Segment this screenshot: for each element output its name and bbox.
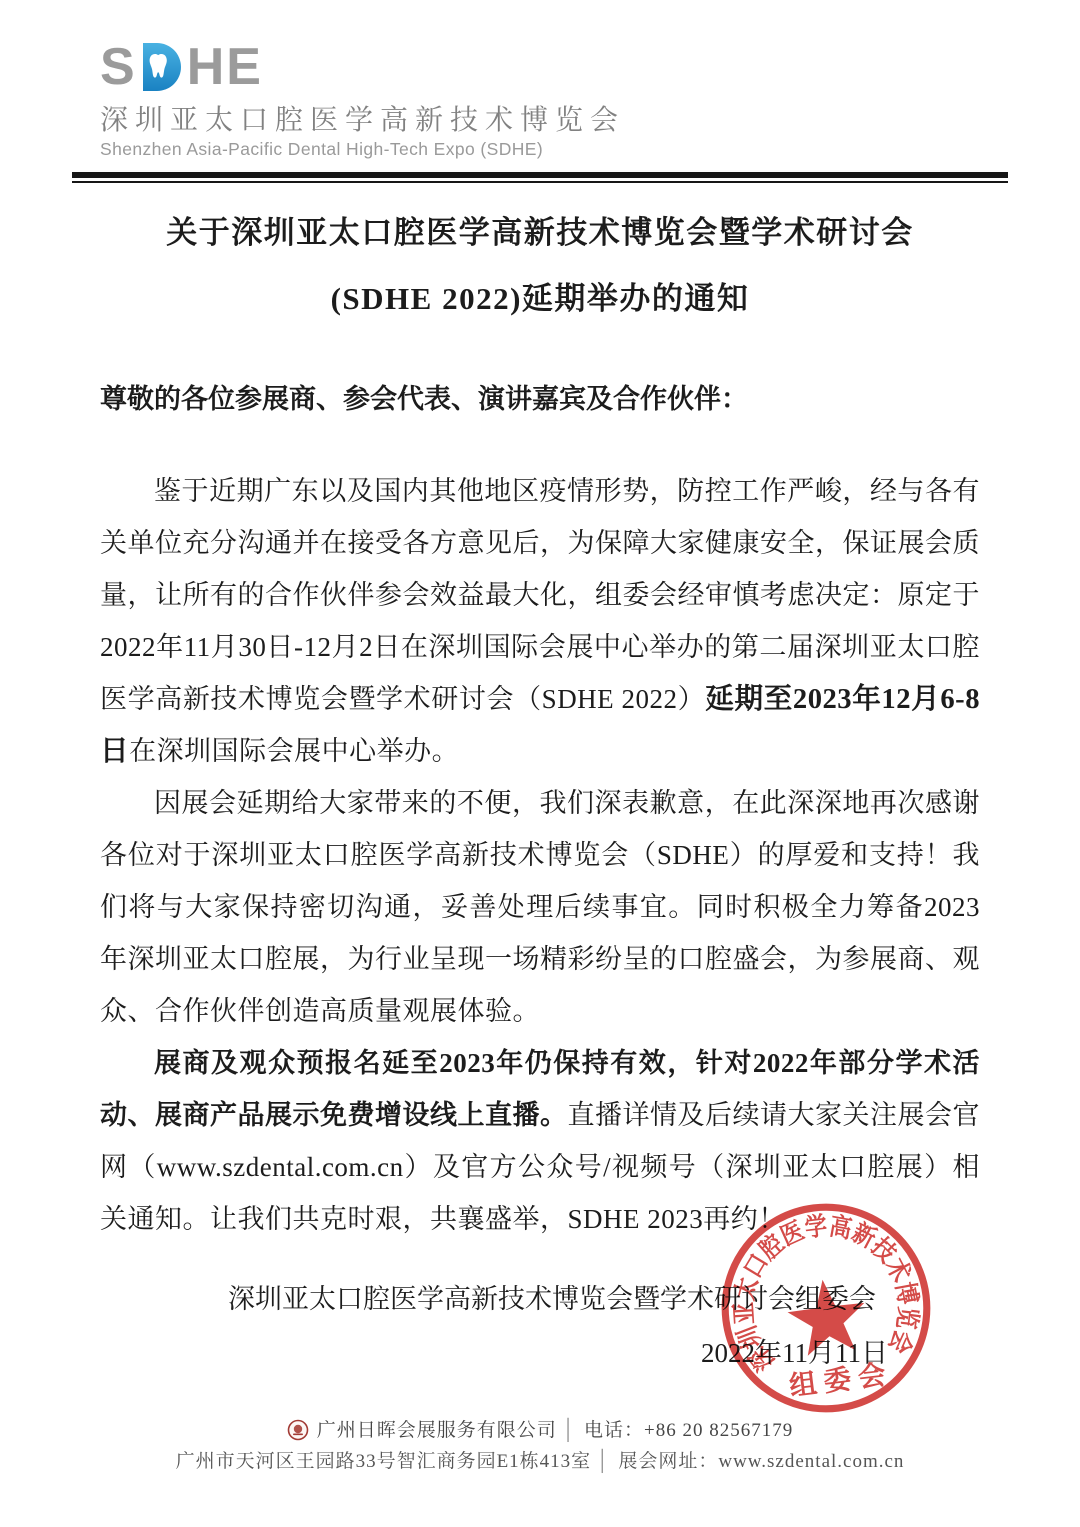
footer-company: 广州日晖会展服务有限公司 xyxy=(317,1415,557,1446)
org-name-en: Shenzhen Asia-Pacific Dental High-Tech E… xyxy=(100,139,1080,160)
company-seal-icon xyxy=(287,1419,309,1441)
paragraph-segment: 因展会延期给大家带来的不便，我们深表歉意，在此深深地再次感谢各位对于深圳亚太口腔… xyxy=(100,788,980,1026)
footer-address: 广州市天河区王园路33号智汇商务园E1栋413室 xyxy=(176,1446,592,1477)
footer-website: 展会网址：www.szdental.com.cn xyxy=(618,1446,904,1477)
org-name-cn: 深圳亚太口腔医学高新技术博览会 xyxy=(100,103,1080,137)
paragraph: 鉴于近期广东以及国内其他地区疫情形势，防控工作严峻，经与各有关单位充分沟通并在接… xyxy=(100,465,980,777)
logo-letters-he: HE xyxy=(187,41,263,93)
salutation: 尊敬的各位参展商、参会代表、演讲嘉宾及合作伙伴： xyxy=(100,379,980,419)
title-line-2: (SDHE 2022)延期举办的通知 xyxy=(100,277,980,321)
footer-line-2: 广州市天河区王园路33号智汇商务园E1栋413室 │ 展会网址：www.szde… xyxy=(100,1446,980,1477)
footer-separator: │ xyxy=(595,1446,610,1477)
signature-date: 2022年11月11日 xyxy=(100,1333,980,1373)
notice-title: 关于深圳亚太口腔医学高新技术博览会暨学术研讨会 (SDHE 2022)延期举办的… xyxy=(100,211,980,321)
notice-document: 关于深圳亚太口腔医学高新技术博览会暨学术研讨会 (SDHE 2022)延期举办的… xyxy=(100,211,980,1477)
body-paragraphs: 鉴于近期广东以及国内其他地区疫情形势，防控工作严峻，经与各有关单位充分沟通并在接… xyxy=(100,465,980,1245)
tooth-icon xyxy=(139,41,185,93)
footer-line-1: 广州日晖会展服务有限公司 │ 电话：+86 20 82567179 xyxy=(100,1415,980,1446)
signature-org: 深圳亚太口腔医学高新技术博览会暨学术研讨会组委会 xyxy=(100,1279,980,1319)
paragraph: 因展会延期给大家带来的不便，我们深表歉意，在此深深地再次感谢各位对于深圳亚太口腔… xyxy=(100,777,980,1037)
logo-letter-s: S xyxy=(100,41,137,93)
paragraph-segment: 在深圳国际会展中心举办。 xyxy=(129,736,459,766)
header-divider xyxy=(72,172,1008,183)
paragraph-segment: 鉴于近期广东以及国内其他地区疫情形势，防控工作严峻，经与各有关单位充分沟通并在接… xyxy=(100,476,980,714)
sdhe-logo: S HE xyxy=(100,40,1080,94)
title-line-1: 关于深圳亚太口腔医学高新技术博览会暨学术研讨会 xyxy=(100,211,980,255)
letterhead: S HE 深圳亚太口腔医学高新技术博览会 Shenzhen Asia-Pacif… xyxy=(0,0,1080,160)
paragraph: 展商及观众预报名延至2023年仍保持有效，针对2022年部分学术活动、展商产品展… xyxy=(100,1037,980,1245)
footer-separator: │ xyxy=(561,1415,576,1446)
footer-phone: 电话：+86 20 82567179 xyxy=(584,1415,793,1446)
footer: 广州日晖会展服务有限公司 │ 电话：+86 20 82567179 广州市天河区… xyxy=(100,1415,980,1477)
